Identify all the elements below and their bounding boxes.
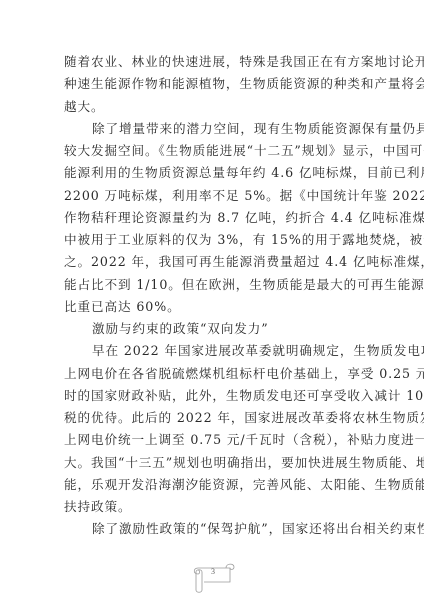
page-footer: 3 (190, 560, 236, 594)
text-line: 作物秸秆理论资源量约为 8.7 亿吨，约折合 4.4 亿吨标准煤，但其 (64, 207, 360, 229)
text-line: 较大发掘空间。《生物质能进展“十二五”规划》显示，中国可作为 (64, 140, 360, 162)
text-line: 时的国家财政补贴，此外，生物质发电还可享受收入减计 10%所得 (64, 385, 360, 407)
text-line: 税的优待。此后的 2022 年，国家进展改革委将农林生物质发电项目 (64, 407, 360, 429)
text-line: 2200 万吨标煤，利用率不足 5%。据《中国统计年鉴 2022》，我国农 (64, 185, 360, 207)
section-heading: 激励与约束的政策“双向发力” (64, 318, 360, 340)
text-line: 除了增量带来的潜力空间，现有生物质能资源保有量仍具有 (64, 118, 360, 140)
text-line: 上网电价在各省脱硫燃煤机组标杆电价基础上，享受 0.25 元/千瓦 (64, 363, 360, 385)
text-line: 能，乐观开发沿海潮汐能资源，完善风能、太阳能、生物质能发电 (64, 474, 360, 496)
text-line: 能源利用的生物质资源总量每年约 4.6 亿吨标煤，目前已利用量约 (64, 162, 360, 184)
text-line: 能占比不到 1/10。但在欧洲，生物质能是最大的可再生能源分支， (64, 274, 360, 296)
scroll-icon (190, 560, 236, 594)
text-line: 越大。 (64, 96, 360, 118)
text-line: 大。我国“十三五”规划也明确指出，要加快进展生物质能、地热 (64, 452, 360, 474)
text-line: 比重已高达 60%。 (64, 296, 360, 318)
document-page: 随着农业、林业的快速进展，特殊是我国正在有方案地讨论开发各 种速生能源作物和能源… (0, 0, 424, 600)
text-line: 之。2022 年，我国可再生能源消费量超过 4.4 亿吨标准煤，生物质 (64, 251, 360, 273)
body-text: 随着农业、林业的快速进展，特殊是我国正在有方案地讨论开发各 种速生能源作物和能源… (64, 51, 360, 541)
text-line: 种速生能源作物和能源植物，生物质能资源的种类和产量将会越来 (64, 73, 360, 95)
text-line: 中被用于工业原料的仅为 3%，有 15%的用于露地焚烧，被一烧了 (64, 229, 360, 251)
text-line: 除了激励性政策的“保驾护航”，国家还将出台相关约束性政 (64, 518, 360, 540)
text-line: 随着农业、林业的快速进展，特殊是我国正在有方案地讨论开发各 (64, 51, 360, 73)
text-line: 扶持政策。 (64, 496, 360, 518)
text-line: 早在 2022 年国家进展改革委就明确规定，生物质发电项目的 (64, 340, 360, 362)
page-number: 3 (190, 567, 236, 576)
text-line: 上网电价统一上调至 0.75 元/千瓦时（含税），补贴力度进一步加 (64, 429, 360, 451)
